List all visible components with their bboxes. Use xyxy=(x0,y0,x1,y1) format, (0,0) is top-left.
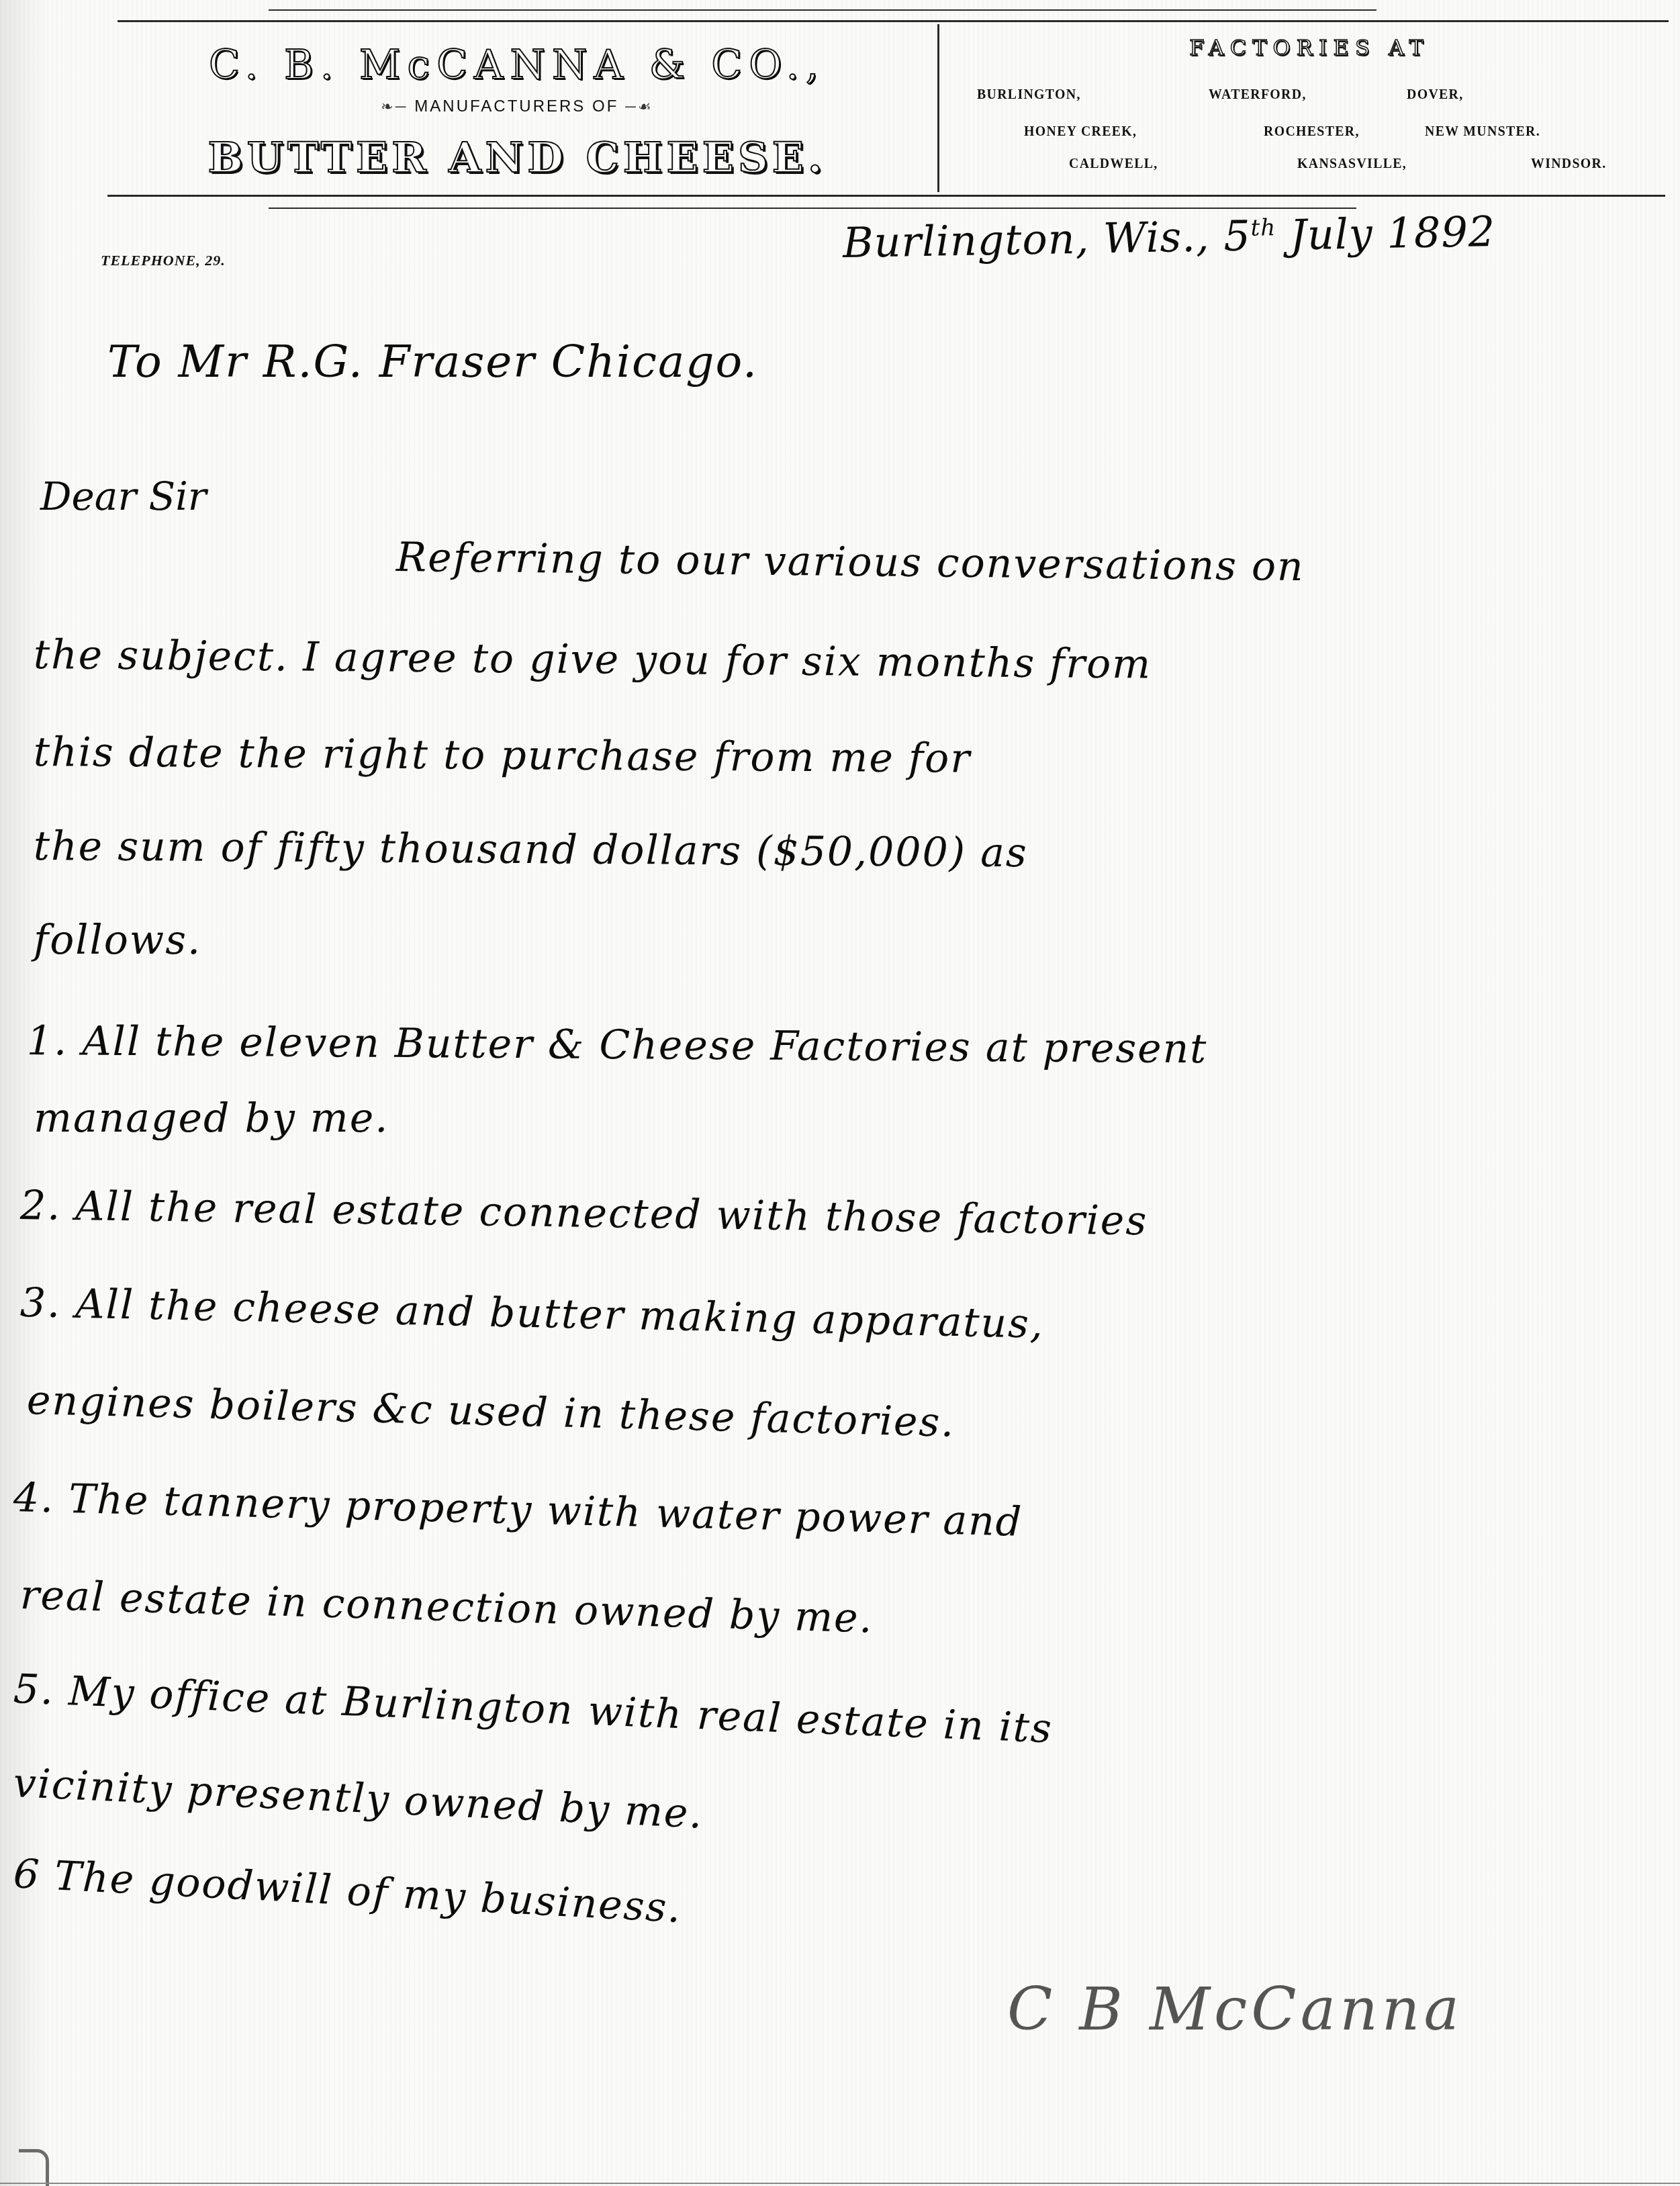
manufacturers-of-label: ❧─MANUFACTURERS OF─☙ xyxy=(101,97,933,116)
page-corner-mark xyxy=(19,2149,49,2186)
letterhead-rule-bottom xyxy=(107,195,1665,197)
factory-rochester: ROCHESTER, xyxy=(1264,122,1360,140)
letterhead-rule-top-outer xyxy=(269,9,1376,11)
ornament-left-icon: ❧─ xyxy=(374,98,414,115)
letterhead-rule-bottom-inner xyxy=(269,208,1356,209)
list-item-2: 2. All the real estate connected with th… xyxy=(20,1182,1148,1244)
list-item-6: 6 The goodwill of my business. xyxy=(12,1850,683,1932)
company-name: C. B. McCANNA & CO., xyxy=(101,42,933,89)
factory-burlington: BURLINGTON, xyxy=(977,85,1081,103)
list-item-3: 3. All the cheese and butter making appa… xyxy=(19,1279,1044,1348)
list-item-5-cont: vicinity presently owned by me. xyxy=(12,1760,704,1838)
list-item-1: 1. All the eleven Butter & Cheese Factor… xyxy=(27,1017,1208,1073)
list-item-3-cont: engines boilers &c used in these factori… xyxy=(26,1377,955,1447)
factory-windsor: WINDSOR. xyxy=(1531,154,1607,172)
letterhead-rule-top xyxy=(118,20,1669,22)
date-day: 5 xyxy=(1223,211,1252,261)
date-line: Burlington, Wis., 5th July 1892 xyxy=(842,207,1495,267)
date-month-year: July 1892 xyxy=(1289,207,1495,259)
factory-caldwell: CALDWELL, xyxy=(1069,154,1158,172)
factory-waterford: WATERFORD, xyxy=(1209,85,1307,103)
signature: C B McCanna xyxy=(1007,1974,1463,2044)
addressee: To Mr R.G. Fraser Chicago. xyxy=(107,336,758,388)
body-line: Referring to our various conversations o… xyxy=(396,534,1305,590)
telephone-number: TELEPHONE, 29. xyxy=(101,252,226,269)
list-item-4-cont: real estate in connection owned by me. xyxy=(19,1572,874,1642)
factory-dover: DOVER, xyxy=(1407,85,1464,103)
letterhead-divider xyxy=(937,24,939,192)
letter-page: C. B. McCANNA & CO., ❧─MANUFACTURERS OF─… xyxy=(0,0,1680,2186)
factory-honey-creek: HONEY CREEK, xyxy=(1024,122,1137,140)
body-line: the subject. I agree to give you for six… xyxy=(34,631,1152,688)
manufacturers-text: MANUFACTURERS OF xyxy=(414,97,618,116)
factory-kansasville: KANSASVILLE, xyxy=(1297,154,1407,172)
list-item-5: 5. My office at Burlington with real est… xyxy=(13,1666,1054,1752)
factory-new-munster: NEW MUNSTER. xyxy=(1425,122,1540,140)
list-item-1-cont: managed by me. xyxy=(34,1095,389,1142)
ornament-right-icon: ─☙ xyxy=(618,98,659,115)
place-printed: Burlington, Wis., xyxy=(842,212,1210,267)
body-line: follows. xyxy=(34,917,201,964)
body-line: this date the right to purchase from me … xyxy=(34,729,971,782)
factories-title: FACTORIES AT xyxy=(940,35,1679,60)
page-bottom-edge xyxy=(0,2183,1680,2184)
list-item-4: 4. The tannery property with water power… xyxy=(13,1474,1023,1546)
salutation: Dear Sir xyxy=(40,473,207,519)
product-line: BUTTER AND CHEESE. xyxy=(101,133,933,182)
body-line: the sum of fifty thousand dollars ($50,0… xyxy=(34,823,1028,876)
date-suffix: th xyxy=(1250,214,1276,242)
